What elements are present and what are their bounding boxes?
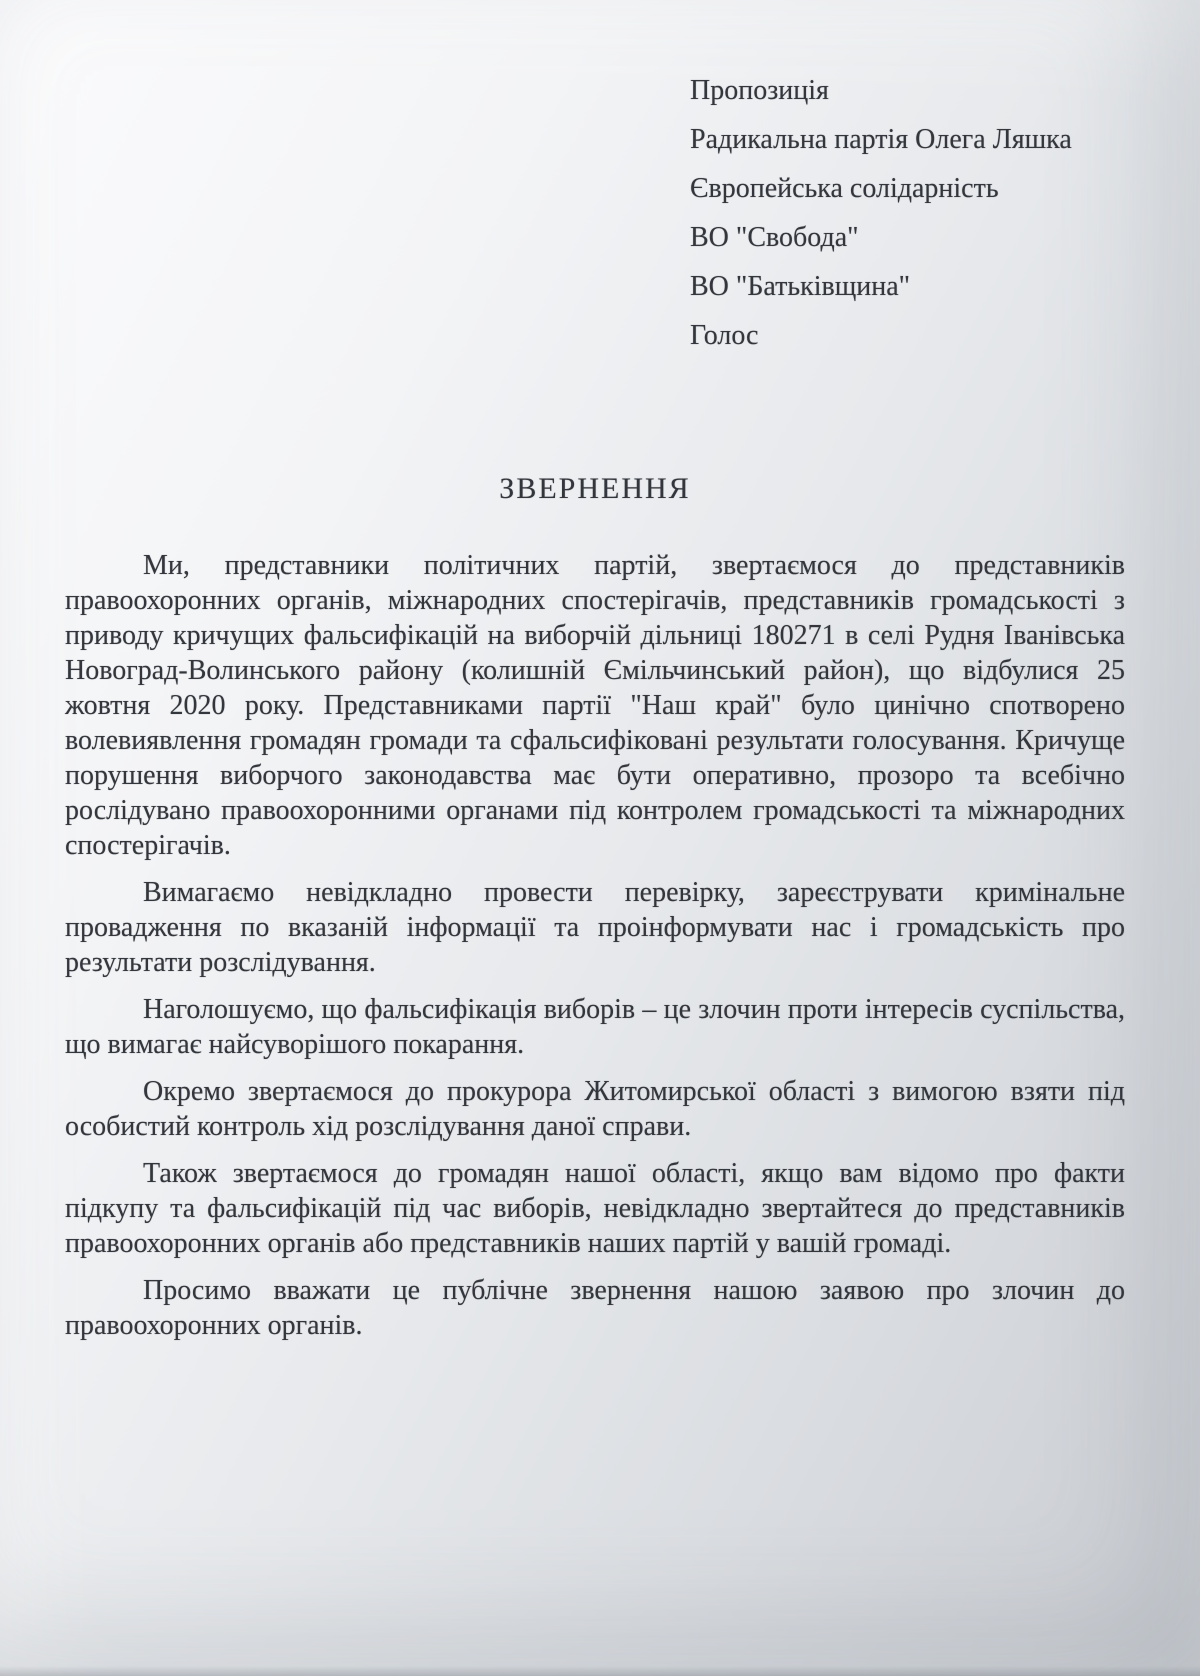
appeal-paragraph-3: Наголошуємо, що фальсифікація виборів – … — [65, 992, 1125, 1062]
appeal-body: Ми, представники політичних партій, звер… — [65, 548, 1125, 1355]
party-name-european-solidarity: Європейська солідарність — [690, 164, 1072, 213]
proposal-label: Пропозиція — [690, 66, 1072, 115]
photo-bottom-edge-shadow — [0, 1666, 1200, 1676]
party-name-svoboda: ВО "Свобода" — [690, 213, 1072, 262]
appeal-paragraph-5: Також звертаємося до громадян нашої обла… — [65, 1156, 1125, 1261]
scanned-document-page: Пропозиція Радикальна партія Олега Ляшка… — [0, 0, 1200, 1676]
party-name-radical-party: Радикальна партія Олега Ляшка — [690, 115, 1072, 164]
appeal-paragraph-6: Просимо вважати це публічне звернення на… — [65, 1273, 1125, 1343]
party-name-batkivshchyna: ВО "Батьківщина" — [690, 262, 1072, 311]
addressee-header-block: Пропозиція Радикальна партія Олега Ляшка… — [690, 66, 1072, 360]
appeal-paragraph-2: Вимагаємо невідкладно провести перевірку… — [65, 875, 1125, 980]
party-name-holos: Голос — [690, 311, 1072, 360]
appeal-paragraph-1: Ми, представники політичних партій, звер… — [65, 548, 1125, 863]
appeal-title: ЗВЕРНЕННЯ — [65, 472, 1125, 506]
appeal-paragraph-4: Окремо звертаємося до прокурора Житомирс… — [65, 1074, 1125, 1144]
